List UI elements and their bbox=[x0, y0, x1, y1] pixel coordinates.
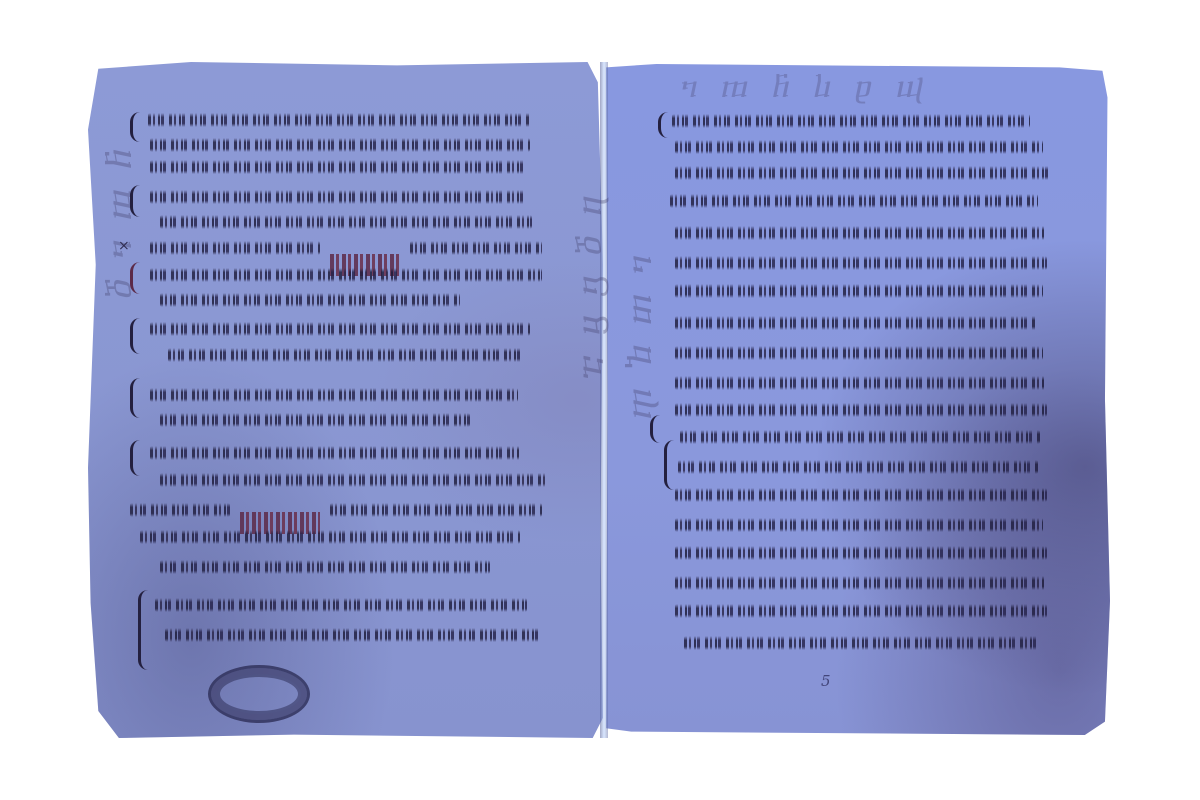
text-line bbox=[150, 138, 530, 152]
text-line bbox=[150, 268, 542, 282]
initial-letter bbox=[138, 590, 151, 670]
text-line bbox=[410, 241, 542, 255]
text-line bbox=[675, 576, 1045, 590]
text-line bbox=[160, 293, 460, 307]
undertext-left-gutter: ⴀⴁⴂⴃⴄ bbox=[570, 177, 610, 380]
undertext-right-gutter: ⴅⴆⴇⴈ bbox=[620, 236, 660, 420]
initial-letter bbox=[664, 440, 677, 490]
text-line bbox=[672, 114, 1030, 128]
text-line bbox=[680, 430, 1040, 444]
text-line bbox=[160, 473, 548, 487]
text-line bbox=[675, 256, 1047, 270]
text-line bbox=[155, 598, 527, 612]
text-line bbox=[160, 560, 490, 574]
text-line bbox=[675, 284, 1043, 298]
initial-letter bbox=[130, 378, 143, 418]
initial-letter bbox=[658, 112, 671, 138]
text-line bbox=[675, 316, 1037, 330]
text-line bbox=[168, 348, 524, 362]
text-line bbox=[675, 346, 1043, 360]
initial-letter bbox=[130, 185, 143, 217]
text-line bbox=[148, 113, 530, 127]
text-line bbox=[675, 604, 1047, 618]
text-line bbox=[675, 488, 1047, 502]
text-line bbox=[160, 413, 470, 427]
text-line bbox=[140, 530, 520, 544]
text-line bbox=[675, 166, 1050, 180]
text-line bbox=[684, 636, 1039, 650]
right-page bbox=[606, 64, 1110, 735]
text-line bbox=[160, 215, 532, 229]
initial-letter-red bbox=[130, 262, 143, 294]
text-line bbox=[150, 241, 320, 255]
book-gutter bbox=[600, 62, 608, 738]
folio-number: 5 bbox=[821, 672, 831, 690]
initial-letter bbox=[130, 112, 143, 142]
text-line bbox=[670, 194, 1038, 208]
marginal-x-mark: × bbox=[118, 238, 130, 254]
initial-letter bbox=[650, 415, 663, 443]
text-line bbox=[330, 503, 542, 517]
text-line bbox=[675, 226, 1045, 240]
text-line bbox=[150, 322, 530, 336]
text-line bbox=[150, 388, 518, 402]
library-stamp bbox=[208, 665, 310, 723]
initial-letter bbox=[130, 440, 143, 476]
text-line bbox=[150, 160, 528, 174]
text-line bbox=[675, 403, 1047, 417]
text-line bbox=[165, 628, 540, 642]
text-line bbox=[675, 546, 1047, 560]
text-line bbox=[675, 376, 1045, 390]
initial-letter bbox=[130, 318, 143, 354]
text-line bbox=[675, 140, 1043, 154]
undertext-right-top: ⴈⴊⴌⴑⴒⴓ bbox=[680, 70, 946, 105]
text-line bbox=[150, 190, 526, 204]
text-line bbox=[130, 503, 230, 517]
text-line bbox=[675, 518, 1043, 532]
text-line bbox=[678, 460, 1038, 474]
text-line bbox=[150, 446, 520, 460]
